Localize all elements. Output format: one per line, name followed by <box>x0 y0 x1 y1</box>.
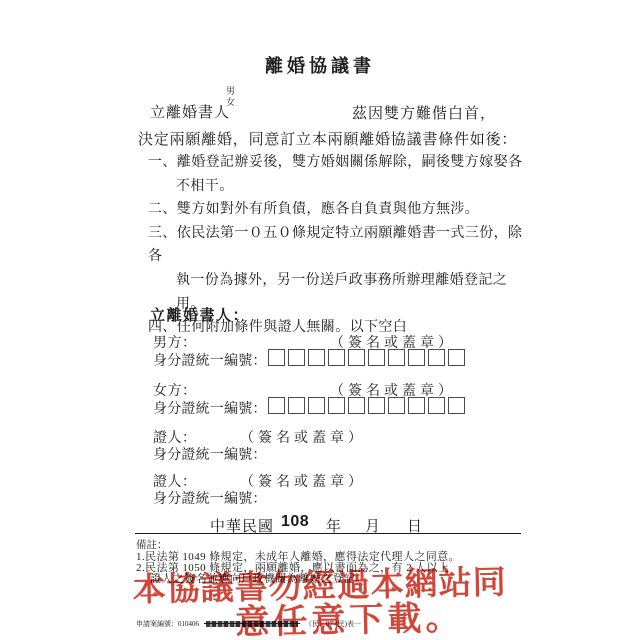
id-digit-box <box>268 397 285 414</box>
id-digit-box <box>428 397 445 414</box>
id-digit-box <box>388 349 405 366</box>
id-digit-box <box>288 349 305 366</box>
husband-id-digit-boxes <box>268 349 465 366</box>
term-item-3: 三、依民法第一０五０條規定特立兩願離婚書一式三份，除各 <box>148 222 533 269</box>
wife-id-label: 身分證統一編號： <box>153 398 267 418</box>
signatories-heading: 立離婚書人： <box>150 304 249 325</box>
id-digit-box <box>328 349 345 366</box>
id-digit-box <box>448 349 465 366</box>
date-year-value: 108 <box>281 513 309 531</box>
id-digit-box <box>348 397 365 414</box>
term-item-2: 二、雙方如對外有所負債，應各自負責與他方無涉。 <box>148 198 533 222</box>
id-digit-box <box>368 349 385 366</box>
husband-role-label: 男方： <box>153 332 197 352</box>
divider-line <box>135 533 521 534</box>
id-digit-box <box>288 397 305 414</box>
term-item-1-continued: 不相干。 <box>148 175 533 199</box>
id-digit-box <box>448 397 465 414</box>
term-item-1: 一、離婚登記辦妥後，雙方婚姻關係解除，嗣後雙方嫁娶各 <box>148 151 533 175</box>
id-digit-box <box>408 397 425 414</box>
gender-male-label: 男 <box>226 86 235 97</box>
document-title: 離婚協議書 <box>0 52 640 78</box>
gender-female-label: 女 <box>226 97 235 108</box>
id-digit-box <box>368 397 385 414</box>
id-digit-box <box>308 397 325 414</box>
party-label: 立離婚書人 <box>150 101 230 122</box>
id-digit-box <box>308 349 325 366</box>
wife-role-label: 女方： <box>153 380 197 400</box>
preamble-agreement-line: 決定兩願離婚，同意訂立本兩願離婚協議書條件如後： <box>138 128 517 149</box>
preamble-reason: 茲因雙方難偕白首， <box>352 102 496 123</box>
id-digit-box <box>348 349 365 366</box>
red-watermark: 本協議書勿經過本網站同 意任意下載。 <box>0 562 640 640</box>
gender-labels: 男 女 <box>226 86 235 108</box>
id-digit-box <box>268 349 285 366</box>
witness1-id-label: 身分證統一編號： <box>153 444 267 464</box>
witness2-id-label: 身分證統一編號： <box>153 488 267 508</box>
husband-id-label: 身分證統一編號： <box>153 350 267 370</box>
id-digit-box <box>388 397 405 414</box>
id-digit-box <box>328 397 345 414</box>
id-digit-box <box>408 349 425 366</box>
document-page: 離婚協議書 立離婚書人 男 女 茲因雙方難偕白首， 決定兩願離婚，同意訂立本兩願… <box>0 0 640 640</box>
id-digit-box <box>428 349 445 366</box>
wife-id-digit-boxes <box>268 397 465 414</box>
